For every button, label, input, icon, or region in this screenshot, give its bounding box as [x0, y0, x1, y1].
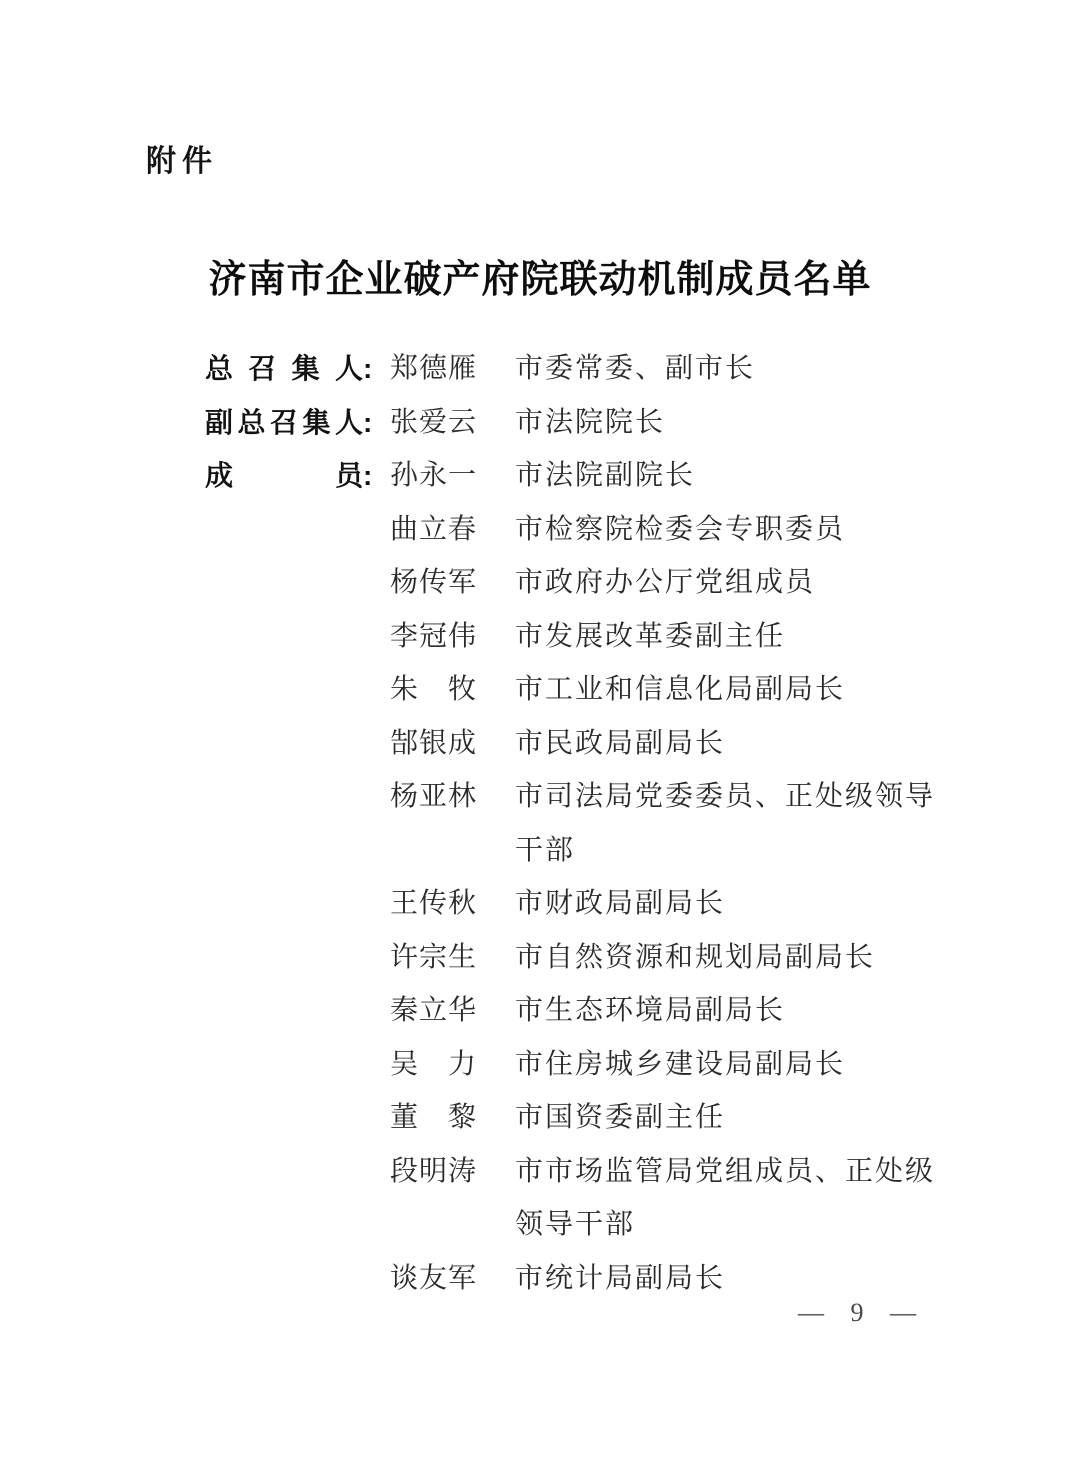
role-colon: : — [363, 342, 379, 396]
member-position: 市民政局副局长 — [515, 717, 935, 771]
roster-row: 李冠伟 市发展改革委副主任 — [205, 610, 935, 664]
page-title: 济南市企业破产府院联动机制成员名单 — [0, 248, 1080, 303]
role-cell: 总召集人 : — [205, 342, 390, 396]
roster-row: 谈友军 市统计局副局长 — [205, 1252, 935, 1306]
member-position: 市国资委副主任 — [515, 1091, 935, 1145]
roster-row: 段明涛 市市场监管局党组成员、正处级领导干部 — [205, 1145, 935, 1252]
roster-row: 杨亚林 市司法局党委委员、正处级领导干部 — [205, 770, 935, 877]
roster-row: 郜银成 市民政局副局长 — [205, 717, 935, 771]
role-label: 总召集人 — [205, 342, 363, 396]
roster-row: 董黎 市国资委副主任 — [205, 1091, 935, 1145]
member-position: 市法院副院长 — [515, 449, 935, 503]
document-page: 附件 济南市企业破产府院联动机制成员名单 总召集人 : 郑德雁 市委常委、副市长… — [0, 0, 1080, 1484]
member-position: 市司法局党委委员、正处级领导干部 — [515, 770, 935, 877]
roster-row: 许宗生 市自然资源和规划局副局长 — [205, 931, 935, 985]
member-name: 段明涛 — [390, 1145, 476, 1199]
member-position: 市工业和信息化局副局长 — [515, 663, 935, 717]
role-label: 副总召集人 — [205, 396, 363, 450]
role-cell: 副总召集人 : — [205, 396, 390, 450]
member-name: 孙永一 — [390, 449, 476, 503]
member-name: 杨亚林 — [390, 770, 476, 824]
member-position: 市法院院长 — [515, 396, 935, 450]
roster-row: 成员 : 孙永一 市法院副院长 — [205, 449, 935, 503]
member-name: 许宗生 — [390, 931, 476, 985]
role-colon: : — [363, 396, 379, 450]
roster-row: 总召集人 : 郑德雁 市委常委、副市长 — [205, 342, 935, 396]
roster-row: 吴力 市住房城乡建设局副局长 — [205, 1038, 935, 1092]
member-position: 市委常委、副市长 — [515, 342, 935, 396]
member-name: 杨传军 — [390, 556, 476, 610]
role-colon: : — [363, 449, 379, 503]
page-number: — 9 — — [798, 1298, 918, 1328]
member-name: 吴力 — [390, 1038, 476, 1092]
member-name: 董黎 — [390, 1091, 476, 1145]
member-name: 谈友军 — [390, 1252, 476, 1306]
roster-row: 秦立华 市生态环境局副局长 — [205, 984, 935, 1038]
attachment-label: 附件 — [146, 136, 218, 180]
member-position: 市自然资源和规划局副局长 — [515, 931, 935, 985]
roster-row: 王传秋 市财政局副局长 — [205, 877, 935, 931]
member-position: 市统计局副局长 — [515, 1252, 935, 1306]
roster-row: 杨传军 市政府办公厅党组成员 — [205, 556, 935, 610]
member-name: 张爱云 — [390, 396, 476, 450]
member-position: 市财政局副局长 — [515, 877, 935, 931]
role-label: 成员 — [205, 449, 363, 503]
member-name: 郑德雁 — [390, 342, 476, 396]
member-position: 市检察院检委会专职委员 — [515, 503, 935, 557]
member-name: 李冠伟 — [390, 610, 476, 664]
roster-row: 朱牧 市工业和信息化局副局长 — [205, 663, 935, 717]
member-name: 曲立春 — [390, 503, 476, 557]
role-cell: 成员 : — [205, 449, 390, 503]
member-name: 王传秋 — [390, 877, 476, 931]
member-name: 秦立华 — [390, 984, 476, 1038]
roster-row: 副总召集人 : 张爱云 市法院院长 — [205, 396, 935, 450]
member-position: 市生态环境局副局长 — [515, 984, 935, 1038]
roster: 总召集人 : 郑德雁 市委常委、副市长 副总召集人 : 张爱云 市法院院长 成员… — [205, 342, 935, 1305]
member-position: 市市场监管局党组成员、正处级领导干部 — [515, 1145, 935, 1252]
member-name: 郜银成 — [390, 717, 476, 771]
member-name: 朱牧 — [390, 663, 476, 717]
member-position: 市住房城乡建设局副局长 — [515, 1038, 935, 1092]
member-position: 市发展改革委副主任 — [515, 610, 935, 664]
roster-row: 曲立春 市检察院检委会专职委员 — [205, 503, 935, 557]
member-position: 市政府办公厅党组成员 — [515, 556, 935, 610]
